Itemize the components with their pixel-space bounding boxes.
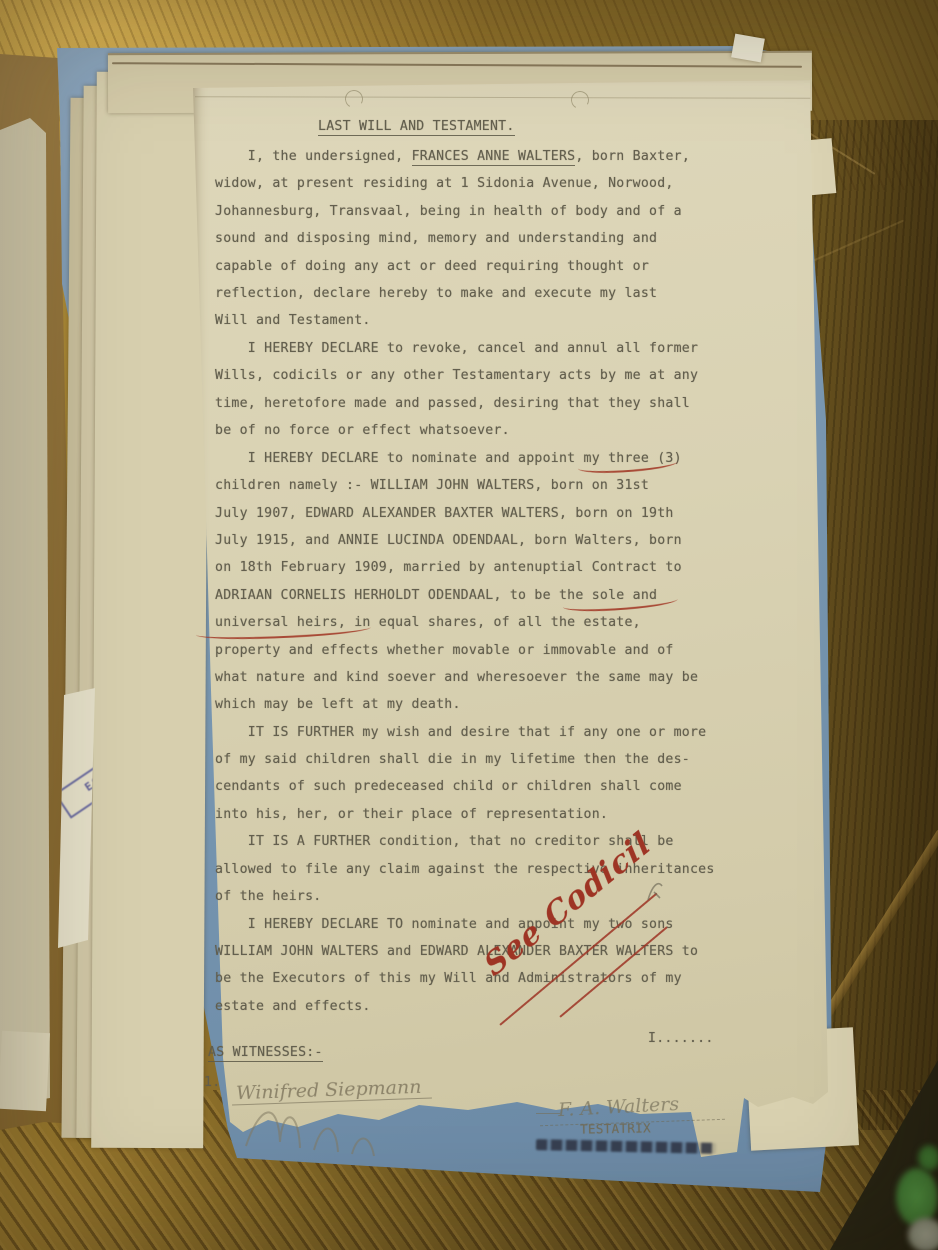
typed-line: property and effects whether movable or … [215, 642, 674, 660]
typed-text: property and effects whether movable or … [215, 643, 674, 658]
typed-text: I HEREBY DECLARE TO nominate and appoint… [215, 917, 674, 932]
typed-text: what nature and kind soever and wheresoe… [215, 670, 698, 685]
typed-text: of my said children shall die in my life… [215, 752, 690, 767]
typed-line: reflection, declare hereby to make and e… [215, 285, 657, 303]
typed-line: IT IS A FURTHER condition, that no credi… [215, 833, 674, 851]
pencil-scribble [240, 1096, 390, 1158]
typed-line: universal heirs, in equal shares, of all… [215, 614, 641, 632]
typed-text: Wills, codicils or any other Testamentar… [215, 368, 698, 383]
typed-line: on 18th February 1909, married by antenu… [215, 559, 682, 577]
typed-text: , born Baxter, [575, 149, 690, 164]
typed-text: I HEREBY DECLARE to revoke, cancel and a… [215, 341, 698, 356]
typed-line: capable of doing any act or deed requiri… [215, 258, 649, 276]
typed-line: what nature and kind soever and wheresoe… [215, 669, 698, 687]
photo-of-will-document: ES LAST WILL AND TESTAMENT. I, the under… [0, 0, 938, 1250]
typed-text: estate and effects. [215, 999, 371, 1014]
typed-text: which may be left at my death. [215, 697, 461, 712]
typed-text: I....... [648, 1031, 714, 1046]
typed-text: I, the undersigned, [215, 149, 412, 164]
typed-text: cendants of such predeceased child or ch… [215, 779, 682, 794]
typed-line: be of no force or effect whatsoever. [215, 422, 510, 440]
typed-line: time, heretofore made and passed, desiri… [215, 395, 690, 413]
typed-line: I HEREBY DECLARE TO nominate and appoint… [215, 916, 674, 934]
typed-text: IT IS FURTHER my wish and desire that if… [215, 725, 706, 740]
typed-line: into his, her, or their place of represe… [215, 806, 608, 824]
typed-text: widow, at present residing at 1 Sidonia … [215, 176, 674, 191]
typed-line: of my said children shall die in my life… [215, 751, 690, 769]
typed-text: 1. [204, 1075, 220, 1090]
typed-underlined-text: AS WITNESSES:- [208, 1045, 323, 1062]
typed-text: of the heirs. [215, 889, 321, 904]
typed-text: sound and disposing mind, memory and und… [215, 231, 657, 246]
typed-text: be of no force or effect whatsoever. [215, 423, 510, 438]
typed-line: Wills, codicils or any other Testamentar… [215, 367, 698, 385]
typed-line: cendants of such predeceased child or ch… [215, 778, 682, 796]
typed-text: on 18th February 1909, married by antenu… [215, 560, 682, 575]
typed-text: WILLIAM JOHN WALTERS and EDWARD ALEXANDE… [215, 944, 698, 959]
typed-text: July 1915, and ANNIE LUCINDA ODENDAAL, b… [215, 533, 682, 548]
typed-line: IT IS FURTHER my wish and desire that if… [215, 724, 706, 742]
typed-text: ADRIAAN CORNELIS HERHOLDT ODENDAAL, to b… [215, 588, 657, 603]
typed-text: I HEREBY DECLARE to nominate and appoint… [215, 451, 682, 466]
typed-line: LAST WILL AND TESTAMENT. [318, 118, 515, 136]
typed-text: universal heirs, in equal shares, of all… [215, 615, 641, 630]
typed-text: Johannesburg, Transvaal, being in health… [215, 204, 682, 219]
typed-line: July 1915, and ANNIE LUCINDA ODENDAAL, b… [215, 532, 682, 550]
typed-underlined-text: FRANCES ANNE WALTERS [412, 149, 576, 166]
typed-line: widow, at present residing at 1 Sidonia … [215, 175, 674, 193]
typed-text: reflection, declare hereby to make and e… [215, 286, 657, 301]
typed-text-layer: LAST WILL AND TESTAMENT. I, the undersig… [0, 0, 938, 1250]
typed-text: time, heretofore made and passed, desiri… [215, 396, 690, 411]
typed-text: Will and Testament. [215, 313, 371, 328]
typed-line: AS WITNESSES:- [208, 1044, 323, 1062]
pen-tick-mark [644, 878, 668, 904]
typed-underlined-text: LAST WILL AND TESTAMENT. [318, 119, 515, 136]
typed-line: I HEREBY DECLARE to revoke, cancel and a… [215, 340, 698, 358]
typed-text: capable of doing any act or deed requiri… [215, 259, 649, 274]
typed-line: children namely :- WILLIAM JOHN WALTERS,… [215, 477, 649, 495]
typed-line: Will and Testament. [215, 312, 371, 330]
typed-line: 1. [204, 1074, 220, 1092]
typed-line: which may be left at my death. [215, 696, 461, 714]
typed-line: Johannesburg, Transvaal, being in health… [215, 203, 682, 221]
typed-line: I....... [648, 1030, 714, 1048]
typed-line: July 1907, EDWARD ALEXANDER BAXTER WALTE… [215, 505, 674, 523]
typed-text: IT IS A FURTHER condition, that no credi… [215, 834, 674, 849]
typed-line: I, the undersigned, FRANCES ANNE WALTERS… [215, 148, 690, 166]
typed-line: WILLIAM JOHN WALTERS and EDWARD ALEXANDE… [215, 943, 698, 961]
signature-dash [536, 1113, 560, 1114]
typed-text: children namely :- WILLIAM JOHN WALTERS,… [215, 478, 649, 493]
typed-line: sound and disposing mind, memory and und… [215, 230, 657, 248]
typed-line: ADRIAAN CORNELIS HERHOLDT ODENDAAL, to b… [215, 587, 657, 605]
typed-text: July 1907, EDWARD ALEXANDER BAXTER WALTE… [215, 506, 674, 521]
typed-line: of the heirs. [215, 888, 321, 906]
typed-text: into his, her, or their place of represe… [215, 807, 608, 822]
typed-line: estate and effects. [215, 998, 371, 1016]
